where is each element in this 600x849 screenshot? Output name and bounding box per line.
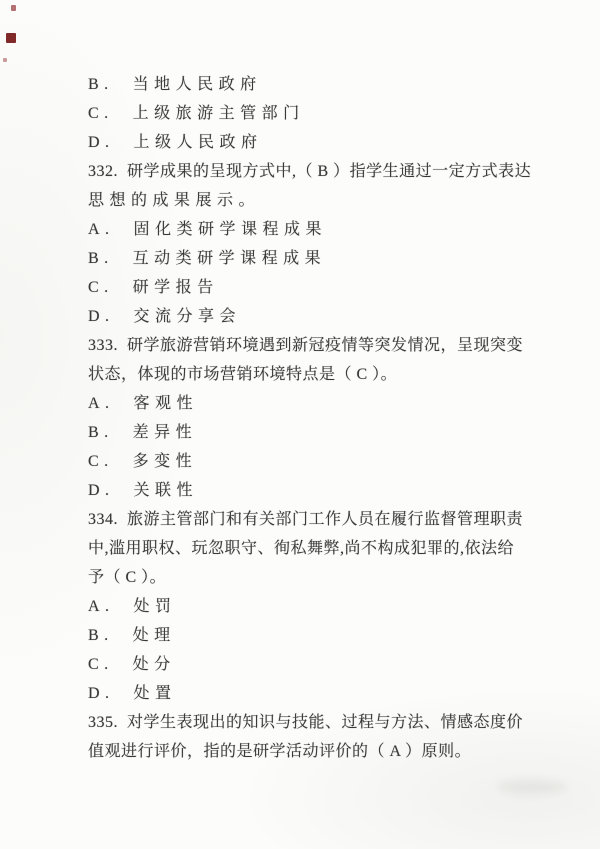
document-line: D. 处置 [88, 679, 528, 708]
document-line: D. 上级人民政府 [88, 128, 528, 157]
document-line: D. 关联性 [88, 476, 528, 505]
document-line: B. 互动类研学课程成果 [88, 244, 528, 273]
document-line: 值观进行评价，指的是研学活动评价的（ A ）原则。 [88, 737, 528, 766]
document-line: B. 当地人民政府 [88, 70, 528, 99]
document-line: C. 处分 [88, 650, 528, 679]
document-line: B. 差异性 [88, 418, 528, 447]
scanned-page: B. 当地人民政府C. 上级旅游主管部门D. 上级人民政府332. 研学成果的呈… [0, 0, 600, 849]
document-line: 思想的成果展示。 [88, 186, 528, 215]
document-line: A. 客观性 [88, 389, 528, 418]
document-line: D. 交流分享会 [88, 302, 528, 331]
red-ink-mark [6, 33, 16, 43]
scan-smudge [497, 780, 567, 794]
document-line: 332. 研学成果的呈现方式中,（ B ）指学生通过一定方式表达 [88, 157, 528, 186]
document-line: 335. 对学生表现出的知识与技能、过程与方法、情感态度价 [88, 708, 528, 737]
document-line: A. 固化类研学课程成果 [88, 215, 528, 244]
document-line: 中,滥用职权、玩忽职守、徇私舞弊,尚不构成犯罪的,依法给 [88, 534, 528, 563]
document-line: 予（ C ）。 [88, 563, 528, 592]
document-line: B. 处理 [88, 621, 528, 650]
document-line: C. 上级旅游主管部门 [88, 99, 528, 128]
document-line: 333. 研学旅游营销环境遇到新冠疫情等突发情况，呈现突变 [88, 331, 528, 360]
document-line: 状态，体现的市场营销环境特点是（ C ）。 [88, 360, 528, 389]
red-ink-mark [3, 58, 7, 62]
document-line: A. 处罚 [88, 592, 528, 621]
document-line: 334. 旅游主管部门和有关部门工作人员在履行监督管理职责 [88, 505, 528, 534]
document-line: C. 多变性 [88, 447, 528, 476]
document-text: B. 当地人民政府C. 上级旅游主管部门D. 上级人民政府332. 研学成果的呈… [88, 70, 528, 766]
red-ink-mark [11, 5, 16, 11]
document-line: C. 研学报告 [88, 273, 528, 302]
